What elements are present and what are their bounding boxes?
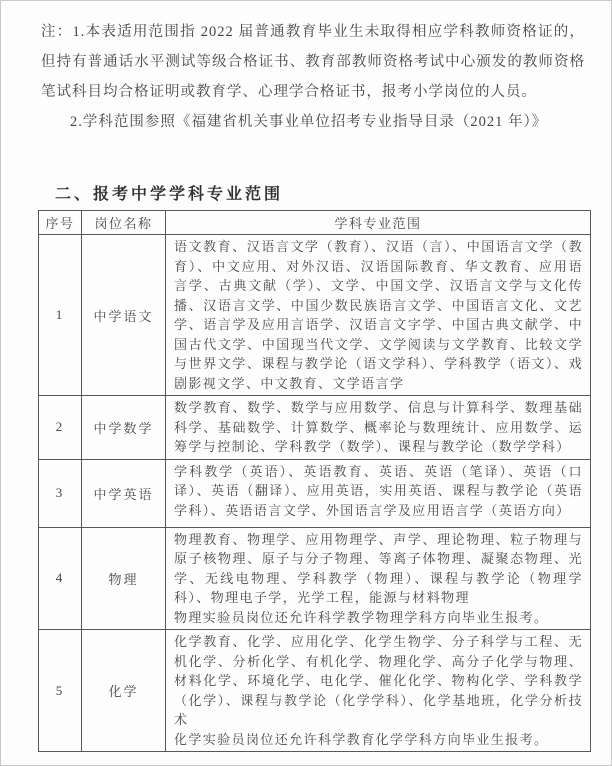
table-row: 2 中学数学 数学教育、数学、数学与应用数学、信息与计算科学、数理基础科学、基础… bbox=[39, 396, 591, 460]
row-majors-note: 物理实验员岗位还允许科学教学物理学科方向毕业生报考。 bbox=[174, 608, 583, 628]
row-position: 中学英语 bbox=[82, 459, 166, 527]
table-row: 4 物理 物理教育、物理学、应用物理学、声学、理论物理、粒子物理与原子核物理、原… bbox=[39, 527, 591, 630]
table-row: 1 中学语文 语文教育、汉语言文学（教育）、汉语（言）、中国语言文学（教育）、中… bbox=[39, 235, 591, 396]
row-majors-cell: 化学教育、化学、应用化学、化学生物学、分子科学与工程、无机化学、分析化学、有机化… bbox=[166, 630, 591, 752]
row-seq: 1 bbox=[39, 235, 82, 396]
note-paragraph-2: 2.学科范围参照《福建省机关事业单位招考专业指导目录（2021 年）》 bbox=[41, 107, 585, 137]
row-majors-cell: 数学教育、数学、数学与应用数学、信息与计算科学、数理基础科学、基础数学、计算数学… bbox=[166, 396, 591, 460]
note-paragraph-1: 注：1.本表适用范围指 2022 届普通教育毕业生未取得相应学科教师资格证的，但… bbox=[41, 17, 585, 107]
row-position: 中学语文 bbox=[82, 235, 166, 396]
row-position: 中学数学 bbox=[82, 396, 166, 460]
header-position: 岗位名称 bbox=[82, 211, 166, 235]
table-header-row: 序号 岗位名称 学科专业范围 bbox=[39, 211, 591, 235]
row-seq: 3 bbox=[39, 459, 82, 527]
row-seq: 2 bbox=[39, 396, 82, 460]
row-position: 化学 bbox=[82, 630, 166, 752]
row-majors-cell: 语文教育、汉语言文学（教育）、汉语（言）、中国语言文学（教育）、中文应用、对外汉… bbox=[166, 235, 591, 396]
row-position: 物理 bbox=[82, 527, 166, 630]
row-seq: 4 bbox=[39, 527, 82, 630]
majors-table: 序号 岗位名称 学科专业范围 1 中学语文 语文教育、汉语言文学（教育）、汉语（… bbox=[38, 210, 591, 752]
row-majors-text: 物理教育、物理学、应用物理学、声学、理论物理、粒子物理与原子核物理、原子与分子物… bbox=[174, 530, 583, 608]
table-row: 3 中学英语 学科教学（英语）、英语教育、英语、英语（笔译）、英语（口译）、英语… bbox=[39, 459, 591, 527]
row-majors-cell: 学科教学（英语）、英语教育、英语、英语（笔译）、英语（口译）、英语（翻译）、应用… bbox=[166, 459, 591, 527]
row-seq: 5 bbox=[39, 630, 82, 752]
row-majors-text: 化学教育、化学、应用化学、化学生物学、分子科学与工程、无机化学、分析化学、有机化… bbox=[174, 632, 583, 730]
row-majors-text: 学科教学（英语）、英语教育、英语、英语（笔译）、英语（口译）、英语（翻译）、应用… bbox=[174, 462, 583, 521]
header-seq: 序号 bbox=[39, 211, 82, 235]
section-title: 二、报考中学学科专业范围 bbox=[55, 181, 611, 204]
table-row: 5 化学 化学教育、化学、应用化学、化学生物学、分子科学与工程、无机化学、分析化… bbox=[39, 630, 591, 752]
row-majors-text: 数学教育、数学、数学与应用数学、信息与计算科学、数理基础科学、基础数学、计算数学… bbox=[174, 398, 583, 457]
document-page: 注：1.本表适用范围指 2022 届普通教育毕业生未取得相应学科教师资格证的，但… bbox=[0, 0, 612, 766]
notes-block: 注：1.本表适用范围指 2022 届普通教育毕业生未取得相应学科教师资格证的，但… bbox=[1, 1, 611, 137]
row-majors-cell: 物理教育、物理学、应用物理学、声学、理论物理、粒子物理与原子核物理、原子与分子物… bbox=[166, 527, 591, 630]
row-majors-note: 化学实验员岗位还允许科学教育化学学科方向毕业生报考。 bbox=[174, 730, 583, 750]
header-majors: 学科专业范围 bbox=[166, 211, 591, 235]
row-majors-text: 语文教育、汉语言文学（教育）、汉语（言）、中国语言文学（教育）、中文应用、对外汉… bbox=[174, 237, 583, 393]
